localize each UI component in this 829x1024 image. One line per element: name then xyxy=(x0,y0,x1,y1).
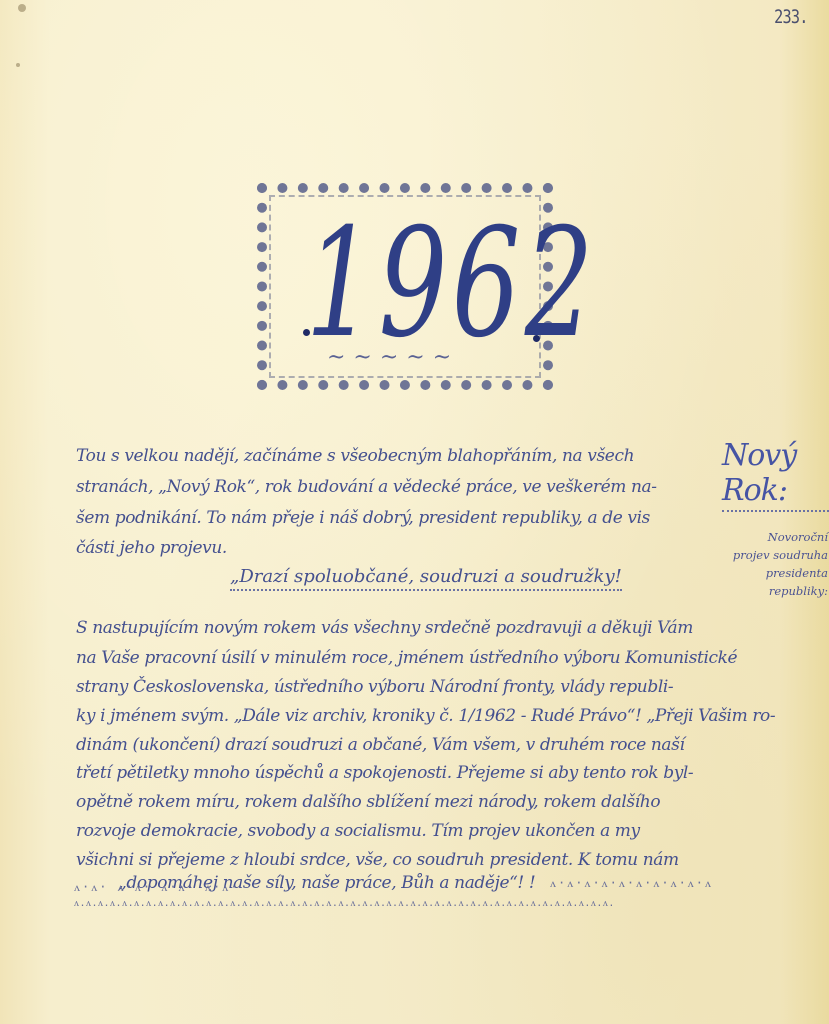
year-heading: 1962 xyxy=(306,199,505,369)
year-dot-right xyxy=(533,335,540,342)
intro-line: Tou s velkou nadějí, začínáme s všeobecn… xyxy=(76,446,634,466)
margin-note-line: presidenta xyxy=(728,564,828,582)
margin-note-line: Novoroční xyxy=(728,528,828,546)
body-line: strany Československa, ústředního výboru… xyxy=(76,677,673,697)
margin-title-new-year: Nový Rok: xyxy=(722,438,829,512)
body-line: opětně rokem míru, rokem dalšího sblížen… xyxy=(76,792,660,812)
year-heading-frame: 1962 ~~~~~ xyxy=(257,183,553,390)
flourish-line: ᴧ.ᴧ.ᴧ.ᴧ.ᴧ.ᴧ.ᴧ.ᴧ.ᴧ.ᴧ.ᴧ.ᴧ.ᴧ.ᴧ.ᴧ.ᴧ.ᴧ.ᴧ.ᴧ.ᴧ.… xyxy=(74,898,615,909)
paper-stain xyxy=(16,63,20,67)
year-dot-left xyxy=(303,329,310,336)
margin-note-line: republiky: xyxy=(728,582,828,600)
margin-note-line: projev soudruha xyxy=(728,546,828,564)
salutation: „Drazí spoluobčané, soudruzi a soudružky… xyxy=(230,566,622,591)
flourish-lead: ᴧ·ᴧ· ᴧ·ᴧ· ᴧ·ᴧ· ᴧ·ᴧ· xyxy=(74,880,239,895)
intro-line: šem podnikání. To nám přeje i náš dobrý,… xyxy=(76,508,650,528)
intro-line: stranách, „Nový Rok“, rok budování a věd… xyxy=(76,477,657,497)
body-line: na Vaše pracovní úsilí v minulém roce, j… xyxy=(76,648,737,668)
body-line: dinám (ukončení) drazí soudruzi a občané… xyxy=(76,735,685,755)
body-line: třetí pětiletky mnoho úspěchů a spokojen… xyxy=(76,763,693,783)
page-number: 233. xyxy=(774,6,807,28)
flourish-tail: ᴧ·ᴧ·ᴧ·ᴧ·ᴧ·ᴧ·ᴧ·ᴧ·ᴧ·ᴧ xyxy=(550,876,713,891)
body-line: rozvoje demokracie, svobody a socialismu… xyxy=(76,821,640,841)
paper-stain xyxy=(18,4,26,12)
body-line: ky i jménem svým. „Dále viz archiv, kron… xyxy=(76,706,775,726)
margin-note: Novoroční projev soudruha presidenta rep… xyxy=(728,528,828,600)
body-line: S nastupujícím novým rokem vás všechny s… xyxy=(76,618,693,638)
body-line: všichni si přejeme z hloubi srdce, vše, … xyxy=(76,850,679,870)
chronicle-page: 233. 1962 ~~~~~ Tou s velkou nadějí, zač… xyxy=(0,0,829,1024)
intro-line: části jeho projevu. xyxy=(76,538,227,558)
year-underline-flourish: ~~~~~ xyxy=(327,345,459,370)
